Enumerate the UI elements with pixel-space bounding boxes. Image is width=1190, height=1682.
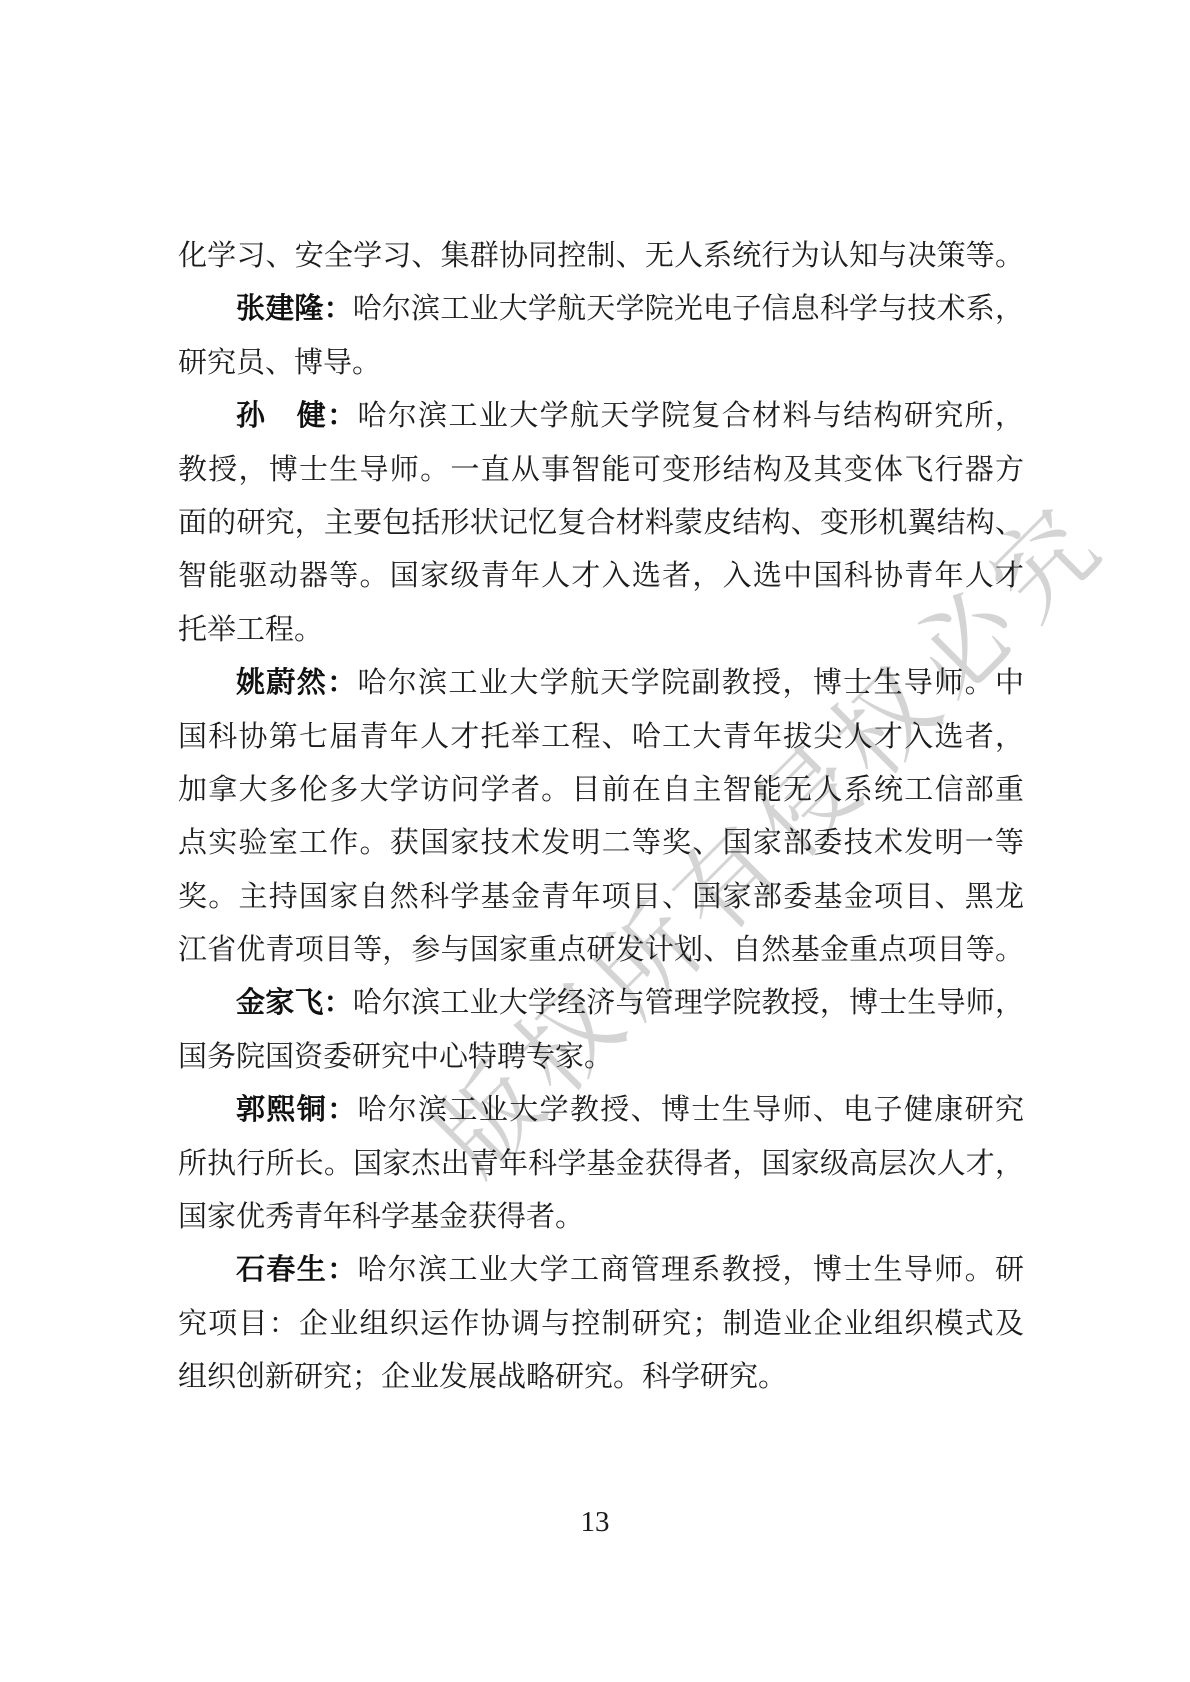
text-line: 国务院国资委研究中心特聘专家。 bbox=[178, 1031, 1024, 1084]
text-line: 研究员、博导。 bbox=[178, 337, 1024, 390]
text-line: 孙 健：哈尔滨工业大学航天学院复合材料与结构研究所， bbox=[178, 390, 1024, 443]
text-line: 国科协第七届青年人才托举工程、哈工大青年拔尖人才入选者， bbox=[178, 711, 1024, 764]
document-page: 版权所有侵权必究 化学习、安全学习、集群协同控制、无人系统行为认知与决策等。张建… bbox=[0, 0, 1190, 1682]
text-line: 化学习、安全学习、集群协同控制、无人系统行为认知与决策等。 bbox=[178, 230, 1024, 283]
text-line: 张建隆：哈尔滨工业大学航天学院光电子信息科学与技术系， bbox=[178, 283, 1024, 336]
text-line: 石春生：哈尔滨工业大学工商管理系教授，博士生导师。研 bbox=[178, 1244, 1024, 1297]
text-line: 组织创新研究；企业发展战略研究。科学研究。 bbox=[178, 1351, 1024, 1404]
page-number: 13 bbox=[0, 1506, 1190, 1539]
person-name: 金家飞： bbox=[236, 987, 353, 1019]
text-line: 江省优青项目等，参与国家重点研发计划、自然基金重点项目等。 bbox=[178, 924, 1024, 977]
text-line: 究项目：企业组织运作协调与控制研究；制造业企业组织模式及 bbox=[178, 1298, 1024, 1351]
text-line: 教授，博士生导师。一直从事智能可变形结构及其变体飞行器方 bbox=[178, 444, 1024, 497]
text-line: 点实验室工作。获国家技术发明二等奖、国家部委技术发明一等 bbox=[178, 817, 1024, 870]
text-line: 面的研究，主要包括形状记忆复合材料蒙皮结构、变形机翼结构、 bbox=[178, 497, 1024, 550]
text-line: 智能驱动器等。国家级青年人才入选者，入选中国科协青年人才 bbox=[178, 550, 1024, 603]
person-name: 孙 健： bbox=[236, 400, 357, 432]
text-line: 加拿大多伦多大学访问学者。目前在自主智能无人系统工信部重 bbox=[178, 764, 1024, 817]
person-name: 张建隆： bbox=[236, 293, 353, 325]
text-line: 国家优秀青年科学基金获得者。 bbox=[178, 1191, 1024, 1244]
text-line: 郭熙铜：哈尔滨工业大学教授、博士生导师、电子健康研究 bbox=[178, 1084, 1024, 1137]
person-name: 石春生： bbox=[236, 1254, 357, 1286]
person-name: 姚蔚然： bbox=[236, 667, 357, 699]
text-line: 金家飞：哈尔滨工业大学经济与管理学院教授，博士生导师， bbox=[178, 977, 1024, 1030]
text-block: 化学习、安全学习、集群协同控制、无人系统行为认知与决策等。张建隆：哈尔滨工业大学… bbox=[178, 230, 1024, 1405]
person-name: 郭熙铜： bbox=[236, 1094, 357, 1126]
text-line: 托举工程。 bbox=[178, 604, 1024, 657]
text-line: 所执行所长。国家杰出青年科学基金获得者，国家级高层次人才， bbox=[178, 1138, 1024, 1191]
text-line: 姚蔚然：哈尔滨工业大学航天学院副教授，博士生导师。中 bbox=[178, 657, 1024, 710]
text-line: 奖。主持国家自然科学基金青年项目、国家部委基金项目、黑龙 bbox=[178, 871, 1024, 924]
